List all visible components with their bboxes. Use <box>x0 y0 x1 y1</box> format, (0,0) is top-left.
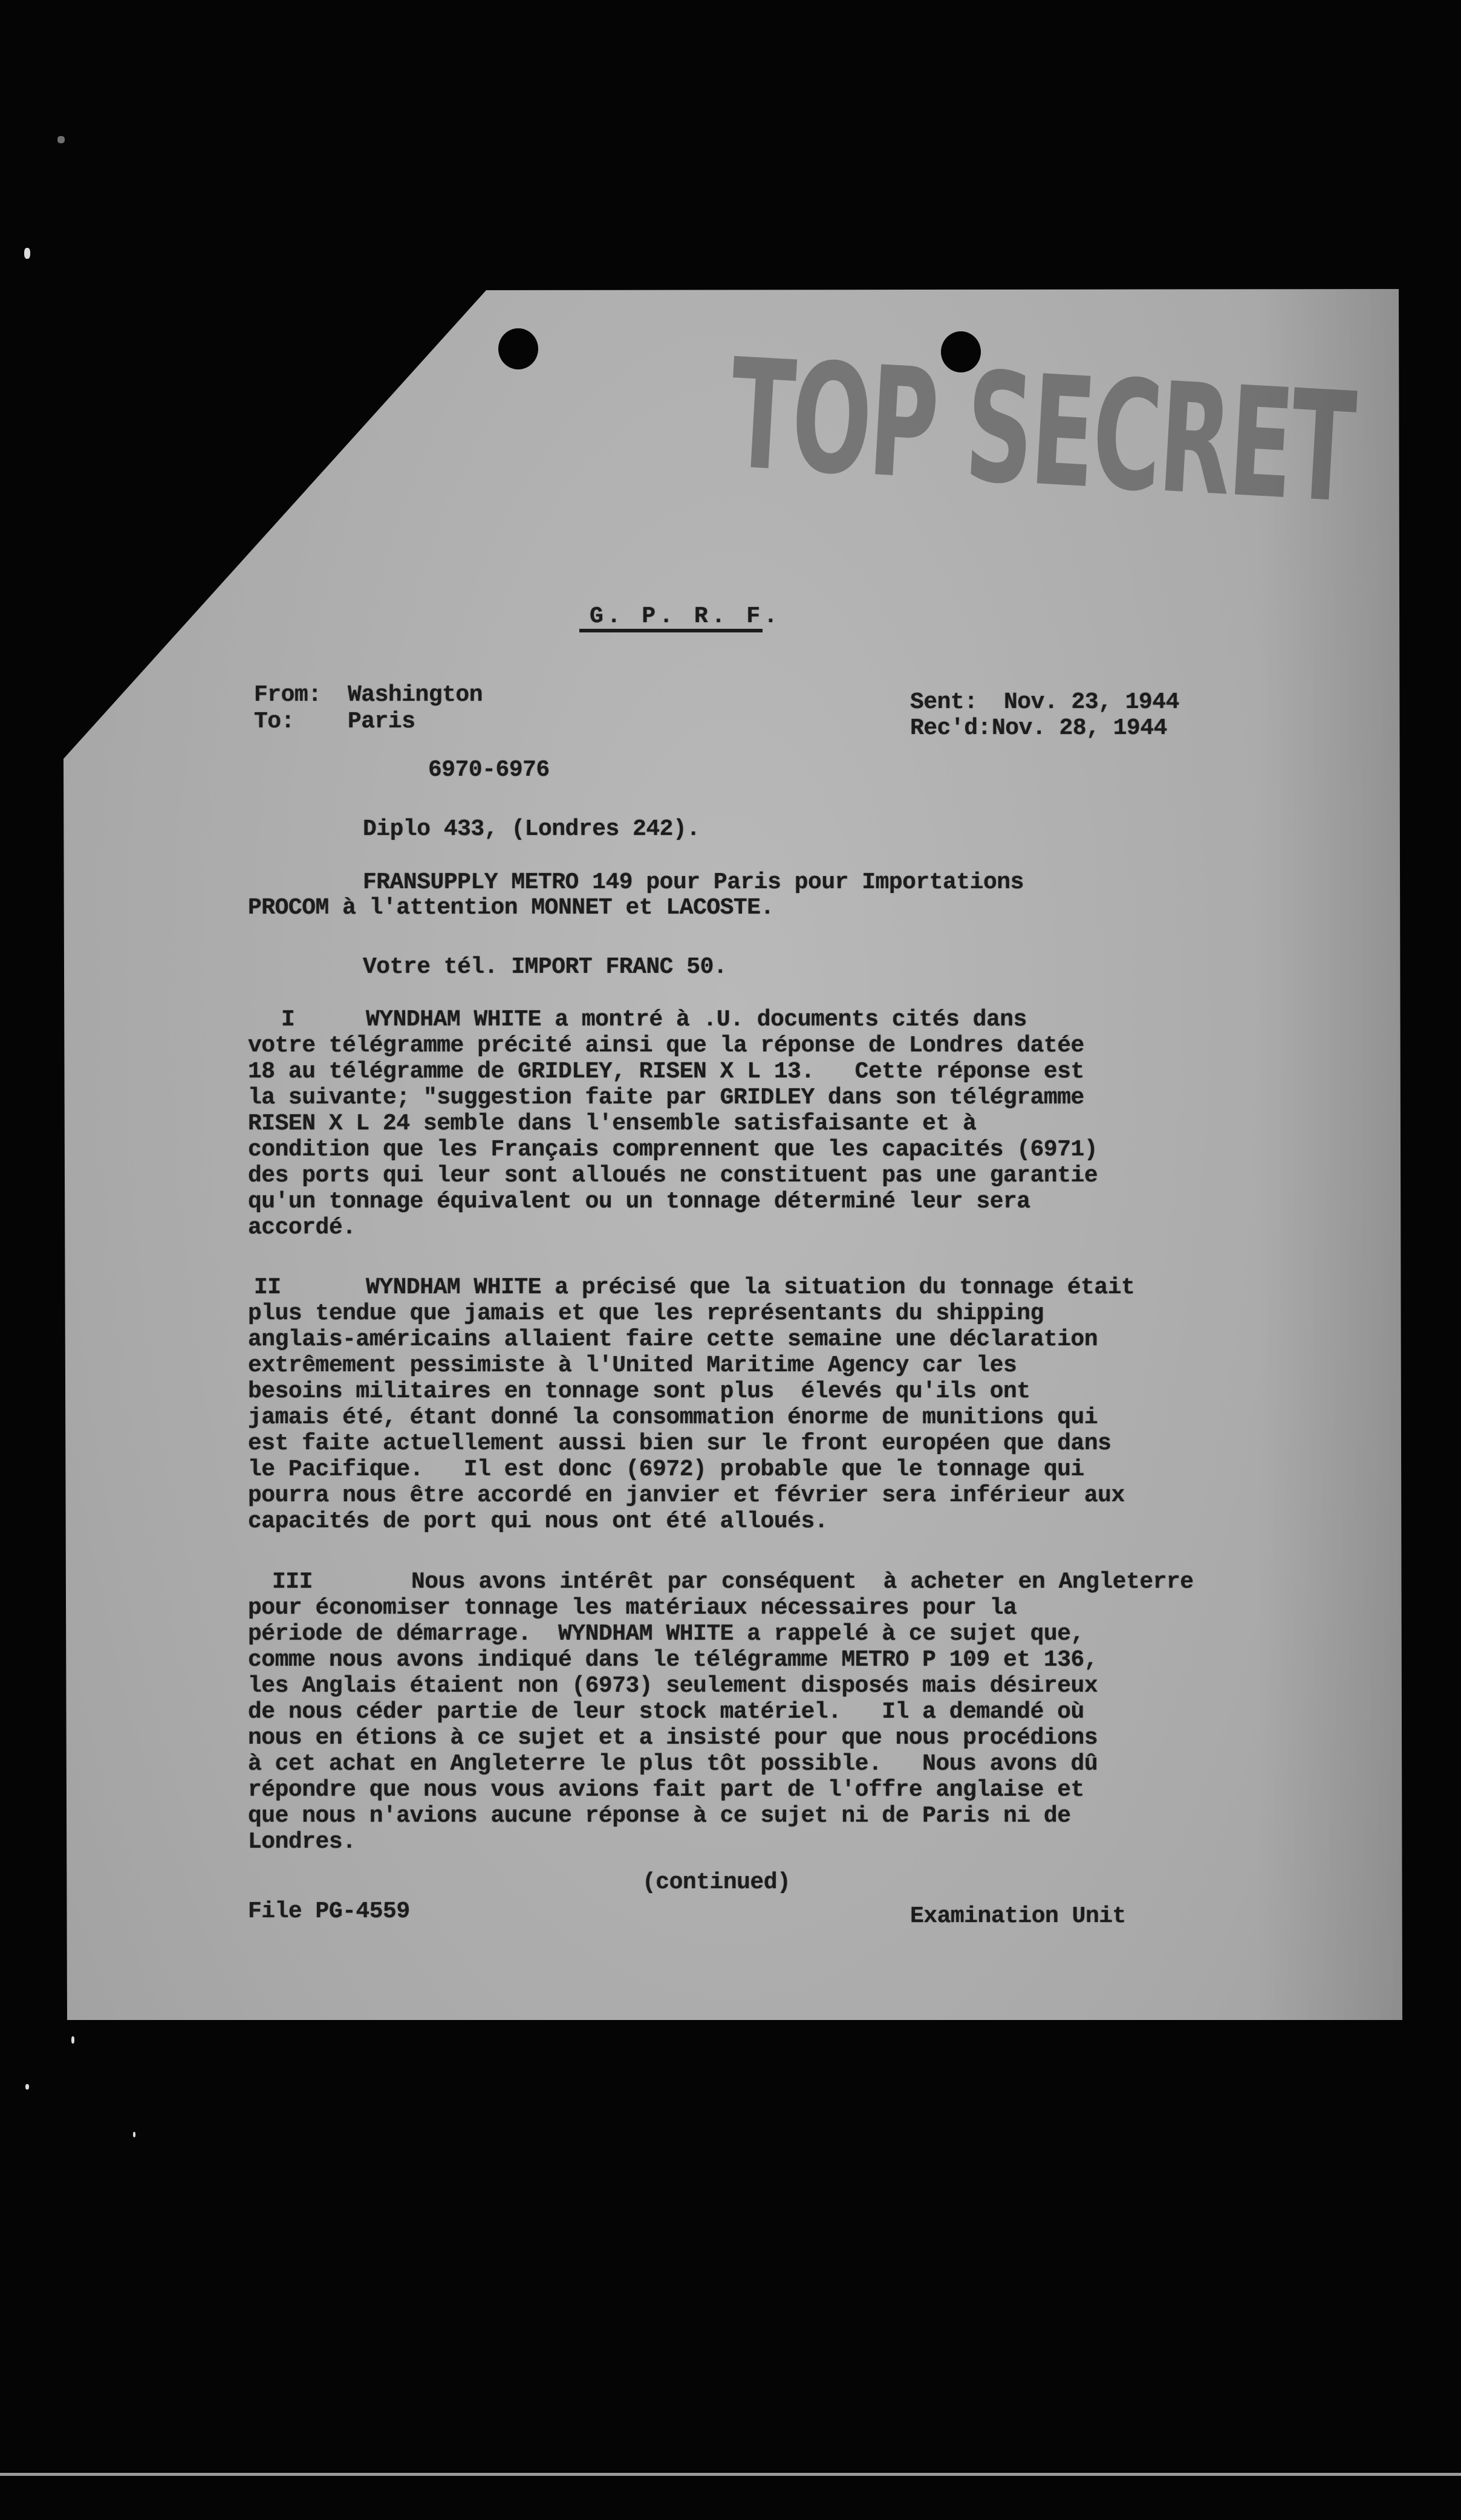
film-speck <box>133 2132 135 2137</box>
paragraph-line: période de démarrage. WYNDHAM WHITE a ra… <box>248 1621 1336 1647</box>
paragraph-line: qu'un tonnage équivalent ou un tonnage d… <box>248 1189 1336 1215</box>
paragraph-line: Londres. <box>248 1829 1336 1855</box>
paragraph-line: besoins militaires en tonnage sont plus … <box>248 1379 1336 1405</box>
paragraph-line: 18 au télégramme de GRIDLEY, RISEN X L 1… <box>248 1059 1336 1085</box>
reference-line: Diplo 433, (Londres 242). <box>363 816 700 842</box>
to-label: To: <box>254 709 294 735</box>
paragraph-line: Nous avons intérêt par conséquent à ache… <box>411 1569 1461 1595</box>
recd-value: Nov. 28, 1944 <box>992 715 1167 741</box>
agency-heading: G. P. R. F. <box>590 603 781 629</box>
paragraph-line: plus tendue que jamais et que les représ… <box>248 1301 1336 1327</box>
paragraph-line: les Anglais étaient non (6973) seulement… <box>248 1673 1336 1699</box>
sent-value: Nov. 23, 1944 <box>1004 689 1179 715</box>
punch-hole-left <box>498 328 538 369</box>
paragraph-line: capacités de port qui nous ont été allou… <box>248 1508 1336 1534</box>
paragraph-line: WYNDHAM WHITE a précisé que la situation… <box>366 1275 1454 1301</box>
sent-label: Sent: <box>910 689 978 715</box>
paragraph-1: WYNDHAM WHITE a montré à .U. documents c… <box>248 1007 1336 1241</box>
your-telegram-line: Votre tél. IMPORT FRANC 50. <box>363 954 727 980</box>
recd-label: Rec'd: <box>910 715 991 741</box>
film-speck <box>24 248 30 259</box>
paragraph-line: pour économiser tonnage les matériaux né… <box>248 1595 1336 1621</box>
paragraph-line: anglais-américains allaient faire cette … <box>248 1327 1336 1353</box>
paragraph-line: RISEN X L 24 semble dans l'ensemble sati… <box>248 1111 1336 1137</box>
film-edge-line <box>0 2473 1461 2476</box>
to-value: Paris <box>348 709 415 735</box>
subject-line-1: FRANSUPPLY METRO 149 pour Paris pour Imp… <box>363 869 1024 895</box>
paragraph-line: jamais été, étant donné la consommation … <box>248 1405 1336 1430</box>
paragraph-3: Nous avons intérêt par conséquent à ache… <box>248 1569 1336 1855</box>
film-speck <box>25 2084 29 2090</box>
paragraph-2: WYNDHAM WHITE a précisé que la situation… <box>248 1275 1336 1534</box>
agency-underline <box>579 629 763 632</box>
paragraph-line: de nous céder partie de leur stock matér… <box>248 1699 1336 1725</box>
from-value: Washington <box>348 682 483 708</box>
film-speck <box>57 136 65 143</box>
paragraph-line: WYNDHAM WHITE a montré à .U. documents c… <box>366 1007 1454 1033</box>
top-secret-stamp: TOP SECRET <box>724 339 1124 559</box>
paragraph-line: condition que les Français comprennent q… <box>248 1137 1336 1163</box>
paragraph-line: extrêmement pessimiste à l'United Mariti… <box>248 1353 1336 1379</box>
serial-range: 6970-6976 <box>428 757 550 783</box>
paragraph-line: à cet achat en Angleterre le plus tôt po… <box>248 1751 1336 1777</box>
continued-note: (continued) <box>642 1869 790 1895</box>
paragraph-line: est faite actuellement aussi bien sur le… <box>248 1430 1336 1456</box>
paragraph-line: la suivante; "suggestion faite par GRIDL… <box>248 1085 1336 1111</box>
paragraph-line: accordé. <box>248 1215 1336 1241</box>
film-speck <box>71 2036 74 2044</box>
paragraph-line: répondre que nous vous avions fait part … <box>248 1777 1336 1803</box>
paragraph-line: votre télégramme précité ainsi que la ré… <box>248 1033 1336 1059</box>
paragraph-line: comme nous avons indiqué dans le télégra… <box>248 1647 1336 1673</box>
paragraph-line: que nous n'avions aucune réponse à ce su… <box>248 1803 1336 1829</box>
subject-line-2: PROCOM à l'attention MONNET et LACOSTE. <box>248 895 774 921</box>
file-number: File PG-4559 <box>248 1898 410 1924</box>
paragraph-line: pourra nous être accordé en janvier et f… <box>248 1482 1336 1508</box>
from-label: From: <box>254 682 322 708</box>
paragraph-line: nous en étions à ce sujet et a insisté p… <box>248 1725 1336 1751</box>
paragraph-line: des ports qui leur sont alloués ne const… <box>248 1163 1336 1189</box>
examination-unit: Examination Unit <box>910 1903 1126 1929</box>
paragraph-line: le Pacifique. Il est donc (6972) probabl… <box>248 1456 1336 1482</box>
